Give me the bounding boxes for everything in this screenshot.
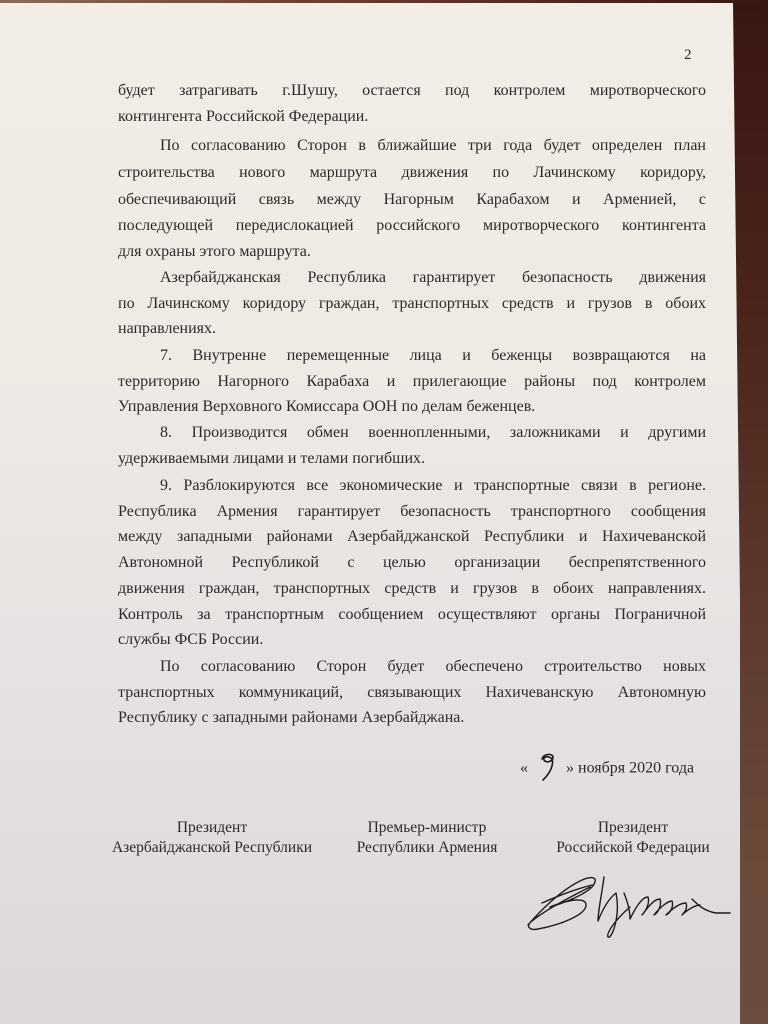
date-month-year: ноября 2020 года	[578, 760, 694, 777]
body-text-line: По согласованию Сторон будет обеспечено …	[160, 657, 706, 677]
signatory-russia: Президент Российской Федерации	[540, 818, 726, 858]
signatory-country: Азербайджанской Республики	[98, 838, 326, 858]
body-text-line: транспортных коммуникаций, связывающих Н…	[118, 683, 706, 703]
body-text-line: для охраны этого маршрута.	[118, 242, 706, 262]
signatory-title: Президент	[98, 818, 326, 838]
body-text-line: между западными районами Азербайджанской…	[118, 527, 706, 547]
handwritten-day	[532, 759, 562, 779]
handwritten-signature-icon	[520, 863, 735, 943]
body-text-line: Автономной Республикой с целью организац…	[118, 553, 706, 573]
body-text-line: По согласованию Сторон в ближайшие три г…	[160, 136, 706, 156]
body-text-line: строительства нового маршрута движения п…	[118, 163, 706, 183]
body-text-line: Контроль за транспортным сообщением осущ…	[118, 605, 706, 625]
signatory-title: Премьер-министр	[344, 818, 510, 838]
body-text-line: Азербайджанская Республика гарантирует б…	[160, 268, 706, 288]
body-text-line: 7. Внутренне перемещенные лица и беженцы…	[160, 346, 706, 366]
date-open-quote: «	[520, 760, 528, 777]
body-text-line: 8. Производится обмен военнопленными, за…	[160, 423, 706, 443]
signatory-country: Российской Федерации	[540, 838, 726, 858]
body-text-line: Республика Армения гарантирует безопасно…	[118, 502, 706, 522]
body-text-line: движения граждан, транспортных средств и…	[118, 579, 706, 599]
signing-date: « » ноября 2020 года	[520, 759, 694, 779]
body-text-line: обеспечивающий связь между Нагорным Кара…	[118, 190, 706, 210]
handwritten-nine-icon	[532, 749, 562, 783]
body-text-line: удерживаемыми лицами и телами погибших.	[118, 449, 706, 469]
body-text-line: службы ФСБ России.	[118, 630, 706, 650]
body-text-line: последующей передислокацией российского …	[118, 216, 706, 236]
body-text-line: будет затрагивать г.Шушу, остается под к…	[118, 81, 706, 101]
document-page: 2 будет затрагивать г.Шушу, остается под…	[0, 3, 740, 1024]
body-text-line: Республику с западными районами Азербайд…	[118, 708, 706, 728]
body-text-line: 9. Разблокируются все экономические и тр…	[160, 476, 706, 496]
date-close-quote: »	[566, 760, 574, 777]
signatory-azerbaijan: Президент Азербайджанской Республики	[98, 818, 326, 858]
signatory-armenia: Премьер-министр Республики Армения	[344, 818, 510, 858]
body-text-line: территорию Нагорного Карабаха и прилегаю…	[118, 372, 706, 392]
body-text-line: направлениях.	[118, 319, 706, 339]
signatory-country: Республики Армения	[344, 838, 510, 858]
body-text-line: по Лачинскому коридору граждан, транспор…	[118, 294, 706, 314]
body-text-line: Управления Верховного Комиссара ООН по д…	[118, 397, 706, 417]
page-number: 2	[684, 47, 692, 64]
signatory-title: Президент	[540, 818, 726, 838]
body-text-line: контингента Российской Федерации.	[118, 107, 706, 127]
